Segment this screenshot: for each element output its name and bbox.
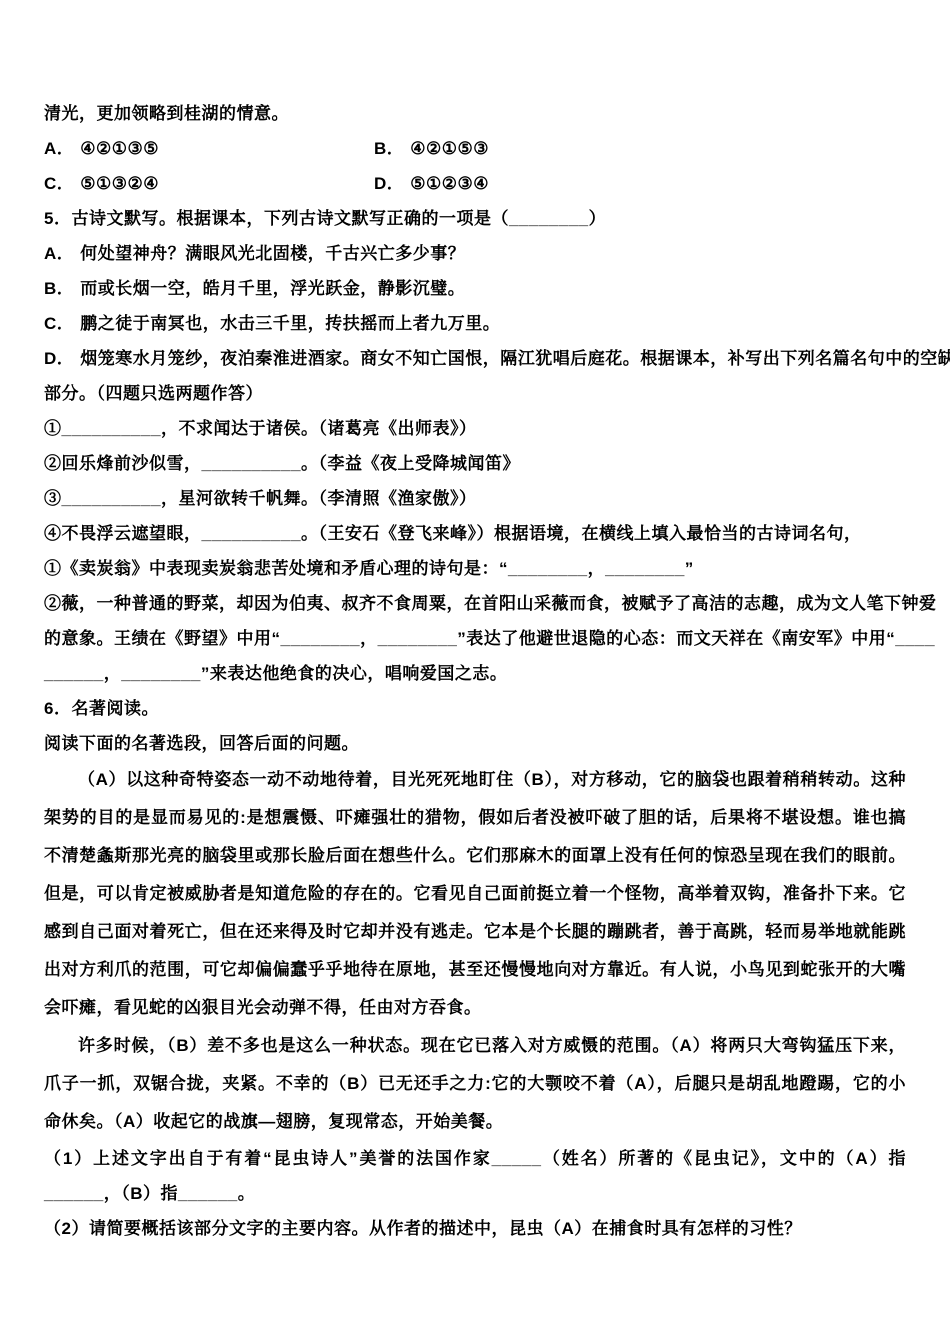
q5-option-a-text: 何处望神舟？满眼风光北固楼，千古兴亡多少事？ — [80, 244, 465, 263]
q5-option-a-label: A． — [44, 244, 74, 263]
q5-stem: 5．古诗文默写。根据课本，下列古诗文默写正确的一项是（________） — [44, 201, 906, 236]
q4-option-d-value: ⑤①②③④ — [410, 174, 489, 193]
q5-fill-line-3: ③__________，星河欲转千帆舞。（李清照《渔家傲》） — [44, 481, 906, 516]
q6-passage-paragraph-2: 许多时候，（B）差不多也是这么一种状态。现在它已落入对方威慑的范围。（A）将两只… — [44, 1027, 906, 1141]
q6-sub-question-2: （2）请简要概括该部分文字的主要内容。从作者的描述中，昆虫（A）在捕食时具有怎样… — [44, 1211, 906, 1246]
q5-option-b-text: 而或长烟一空，皓月千里，浮光跃金，静影沉璧。 — [80, 279, 465, 298]
q4-option-d-label: D． — [374, 174, 404, 193]
q5-fill-line-1: ①__________，不求闻达于诸侯。（诸葛亮《出师表》） — [44, 411, 906, 446]
q4-option-b-value: ④②①⑤③ — [410, 139, 489, 158]
q5-fill-line-7: 的意象。王绩在《野望》中用“________，________”表达了他避世退隐… — [44, 621, 906, 656]
q6-title-line: 6．名著阅读。 — [44, 691, 906, 726]
q5-stem-text: 古诗文默写。根据课本，下列古诗文默写正确的一项是（________） — [71, 209, 606, 228]
exam-paper-page: 清光，更加领略到桂湖的情意。 A．④②①③⑤ B．④②①⑤③ C．⑤①③②④ D… — [0, 0, 950, 1344]
q5-fill-line-2: ②回乐烽前沙似雪，__________。（李益《夜上受降城闻笛》 — [44, 446, 906, 481]
q5-option-c: C．鹏之徒于南冥也，水击三千里，抟扶摇而上者九万里。 — [44, 306, 906, 341]
q6-number: 6． — [44, 699, 71, 718]
q5-fill-line-8: ______，________”来表达他绝食的决心，唱响爱国之志。 — [44, 656, 906, 691]
q5-option-a: A．何处望神舟？满眼风光北固楼，千古兴亡多少事？ — [44, 236, 906, 271]
q6-instruction: 阅读下面的名著选段，回答后面的问题。 — [44, 726, 906, 761]
q5-number: 5． — [44, 209, 71, 228]
q4-tail-line: 清光，更加领略到桂湖的情意。 — [44, 96, 906, 131]
q4-option-c-value: ⑤①③②④ — [80, 174, 159, 193]
q4-options-row-1: A．④②①③⑤ B．④②①⑤③ — [44, 131, 906, 166]
q4-option-b-label: B． — [374, 139, 404, 158]
q4-option-d: D．⑤①②③④ — [374, 166, 704, 201]
q5-option-d-label: D． — [44, 349, 74, 368]
q4-option-c: C．⑤①③②④ — [44, 166, 374, 201]
q4-option-b: B．④②①⑤③ — [374, 131, 704, 166]
q4-option-a-label: A． — [44, 139, 74, 158]
q5-option-d-text: 烟笼寒水月笼纱，夜泊秦淮进酒家。商女不知亡国恨，隔江犹唱后庭花。根据课本，补写出… — [80, 349, 950, 368]
page-content: 清光，更加领略到桂湖的情意。 A．④②①③⑤ B．④②①⑤③ C．⑤①③②④ D… — [0, 0, 950, 1246]
q4-options-row-2: C．⑤①③②④ D．⑤①②③④ — [44, 166, 906, 201]
q4-option-c-label: C． — [44, 174, 74, 193]
q5-fill-line-5: ①《卖炭翁》中表现卖炭翁悲苦处境和矛盾心理的诗句是：“________，____… — [44, 551, 906, 586]
q5-option-b-label: B． — [44, 279, 74, 298]
q5-fill-line-4: ④不畏浮云遮望眼，__________。（王安石《登飞来峰》）根据语境，在横线上… — [44, 516, 906, 551]
q5-continuation: 部分。（四题只选两题作答） — [44, 376, 906, 411]
q4-option-a-value: ④②①③⑤ — [80, 139, 159, 158]
q5-option-c-label: C． — [44, 314, 74, 333]
q5-fill-line-6: ②薇，一种普通的野菜，却因为伯夷、叔齐不食周粟，在首阳山采薇而食，被赋予了高洁的… — [44, 586, 906, 621]
q6-title-text: 名著阅读。 — [71, 699, 159, 718]
q6-passage-paragraph-1: （A）以这种奇特姿态一动不动地待着，目光死死地盯住（B），对方移动，它的脑袋也跟… — [44, 761, 906, 1027]
q5-option-d: D．烟笼寒水月笼纱，夜泊秦淮进酒家。商女不知亡国恨，隔江犹唱后庭花。根据课本，补… — [44, 341, 906, 376]
q4-option-a: A．④②①③⑤ — [44, 131, 374, 166]
q5-option-c-text: 鹏之徒于南冥也，水击三千里，抟扶摇而上者九万里。 — [80, 314, 500, 333]
q6-sub-question-1: （1）上述文字出自于有着“昆虫诗人”美誉的法国作家_____（姓名）所著的《昆虫… — [44, 1141, 906, 1211]
q5-option-b: B．而或长烟一空，皓月千里，浮光跃金，静影沉璧。 — [44, 271, 906, 306]
